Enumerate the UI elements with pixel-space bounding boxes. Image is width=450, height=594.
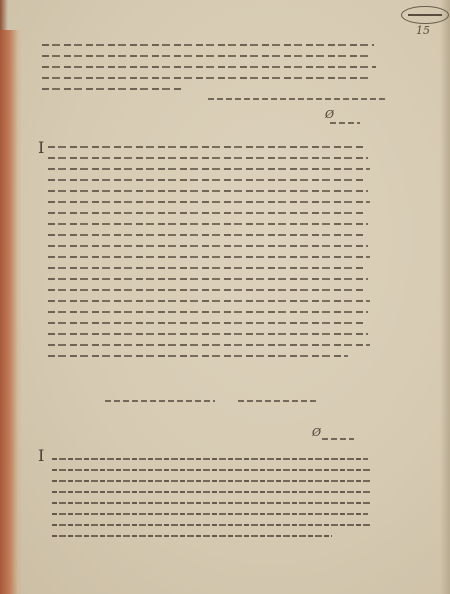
page-edge — [440, 0, 450, 594]
marginal-mark: Ø — [312, 426, 321, 439]
text-entry-2 — [48, 146, 370, 366]
script-line — [42, 55, 372, 57]
folio-number: 15 — [416, 24, 430, 37]
signature-line — [208, 98, 388, 100]
text-entry-3 — [52, 458, 372, 546]
marginal-mark: Ø — [325, 108, 334, 121]
paraph — [322, 438, 354, 440]
text-entry-1 — [42, 44, 374, 99]
script-line — [42, 44, 374, 46]
script-line — [42, 88, 182, 90]
initial-letter: I — [38, 446, 44, 465]
signature-line-left — [105, 400, 215, 402]
signature-line-right — [238, 400, 318, 402]
initial-letter: I — [38, 138, 44, 157]
water-stain — [0, 30, 22, 594]
manuscript-page: 15 Ø I Ø I — [0, 0, 450, 594]
script-line — [42, 66, 376, 68]
script-line — [42, 77, 372, 79]
shelfmark-oval — [401, 6, 449, 24]
paraph — [330, 122, 360, 124]
